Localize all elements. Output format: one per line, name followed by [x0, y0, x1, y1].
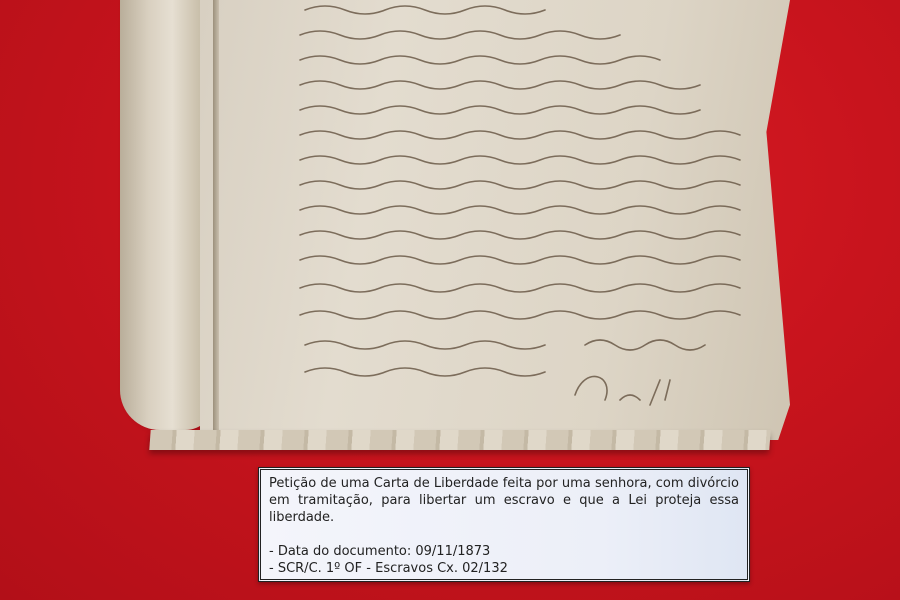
photo-scene: Petição de uma Carta de Liberdade feita … — [0, 0, 900, 600]
handwritten-text — [295, 0, 775, 420]
caption-date: - Data do documento: 09/11/1873 — [269, 543, 739, 560]
museum-caption-card: Petição de uma Carta de Liberdade feita … — [258, 467, 750, 582]
torn-paper-edge — [149, 430, 770, 450]
page-fold — [213, 0, 219, 440]
caption-description: Petição de uma Carta de Liberdade feita … — [269, 475, 739, 526]
caption-spacer — [269, 526, 739, 543]
caption-reference: - SCR/C. 1º OF - Escravos Cx. 02/132 — [269, 560, 739, 577]
handwriting-scribble-icon — [295, 0, 775, 420]
